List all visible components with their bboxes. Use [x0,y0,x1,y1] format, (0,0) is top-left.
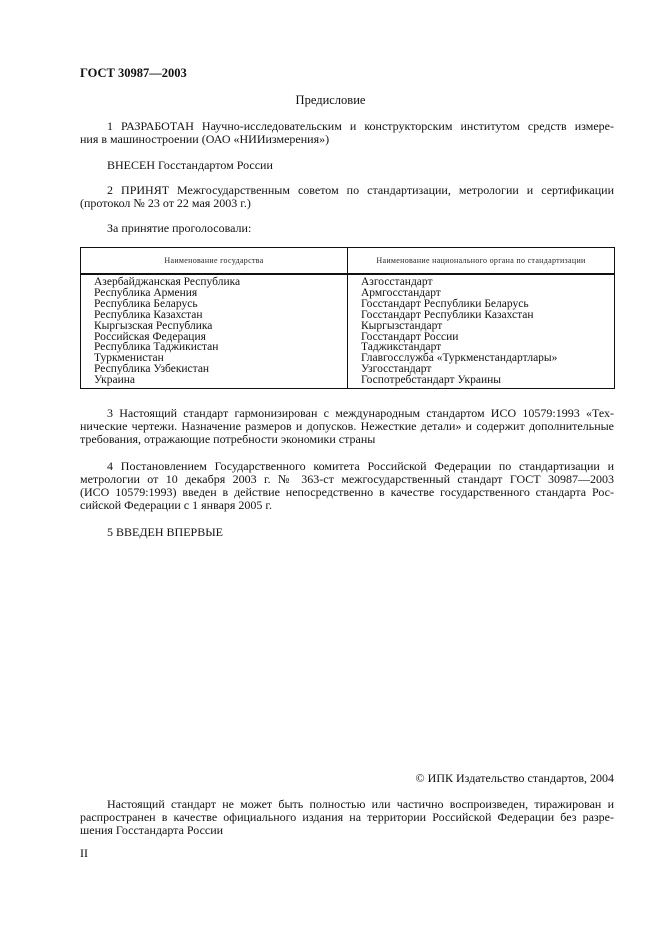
state-cell: Кыргызская Республика [94,321,347,332]
voting-table: Наименование государства Наименование на… [80,247,615,389]
section-title: Предисловие [0,93,661,108]
table-row: Азербайджанская Республика Республика Ар… [81,274,615,389]
state-list: Азербайджанская Республика Республика Ар… [81,274,348,389]
document-code: ГОСТ 30987—2003 [80,66,187,81]
page-number: II [80,846,88,861]
authority-list: Азгосстандарт Армгосстандарт Госстандарт… [348,274,615,389]
paragraph-voted: За принятие проголосовали: [80,222,614,235]
paragraph-4-line-4: сийской Федерации с 1 января 2005 г. [80,499,614,512]
copyright-notice: © ИПК Издательство стандартов, 2004 [416,771,614,786]
state-cell: Украина [94,375,347,386]
authority-cell: Кыргызстандарт [361,321,614,332]
column-header-authority: Наименование национального органа по ста… [348,248,615,275]
reproduction-notice: Настоящий стандарт не может быть полност… [80,798,614,837]
authority-cell: Госстандарт Республики Казахстан [361,310,614,321]
paragraph-4: 4 Постановлением Государственного комите… [80,460,614,512]
reproduction-notice-line-3: шения Госстандарта России [80,824,614,837]
paragraph-5: 5 ВВЕДЕН ВПЕРВЫЕ [80,526,614,539]
state-cell: Республика Казахстан [94,310,347,321]
paragraph-3: 3 Настоящий стандарт гармонизирован с ме… [80,407,614,446]
paragraph-2-line-2: (протокол № 23 от 22 мая 2003 г.) [80,197,614,210]
paragraph-vnesen: ВНЕСЕН Госстандартом России [80,159,614,172]
paragraph-3-line-3: требования, отражающие потребности эконо… [80,433,614,446]
paragraph-1: 1 РАЗРАБОТАН Научно-исследовательским и … [80,120,614,146]
paragraph-1-line-2: ния в машиностроении (ОАО «НИИизмерения»… [80,133,614,146]
column-header-state: Наименование государства [81,248,348,275]
authority-cell: Госпотребстандарт Украины [361,375,614,386]
paragraph-2: 2 ПРИНЯТ Межгосударственным советом по с… [80,184,614,210]
